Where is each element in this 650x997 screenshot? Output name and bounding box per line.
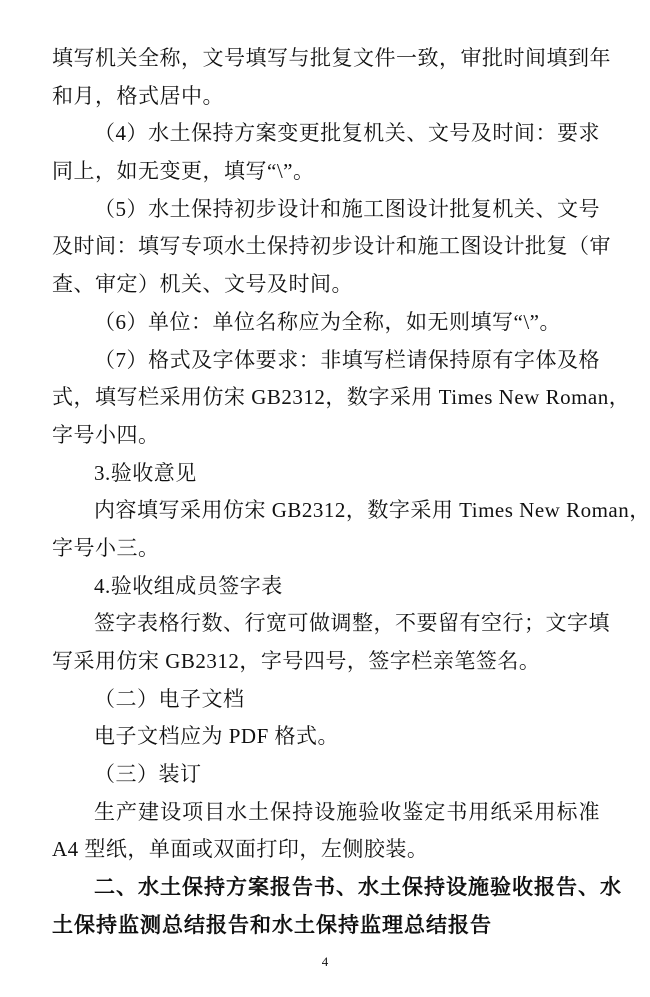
doc-section-heading: （三）装订 [52,756,600,794]
doc-line: 和月，格式居中。 [52,78,600,116]
doc-line: 同上，如无变更，填写“\”。 [52,153,600,191]
doc-line: 电子文档应为 PDF 格式。 [52,718,600,756]
doc-line: A4 型纸，单面或双面打印，左侧胶装。 [52,831,600,869]
doc-section-heading: 3.验收意见 [52,455,600,493]
doc-line: 填写机关全称，文号填写与批复文件一致，审批时间填到年 [52,40,600,78]
doc-line: 式，填写栏采用仿宋 GB2312，数字采用 Times New Roman， [52,379,600,417]
doc-line: 及时间：填写专项水土保持初步设计和施工图设计批复（审 [52,228,600,266]
doc-chapter-heading: 土保持监测总结报告和水土保持监理总结报告 [52,907,600,945]
doc-line: （7）格式及字体要求：非填写栏请保持原有字体及格 [52,342,600,380]
doc-line: 字号小四。 [52,417,600,455]
doc-line: （6）单位：单位名称应为全称，如无则填写“\”。 [52,304,600,342]
page-number: 4 [0,954,650,970]
doc-line: 字号小三。 [52,530,600,568]
doc-line: 写采用仿宋 GB2312，字号四号，签字栏亲笔签名。 [52,643,600,681]
doc-line: （4）水土保持方案变更批复机关、文号及时间：要求 [52,115,600,153]
doc-line: 内容填写采用仿宋 GB2312，数字采用 Times New Roman， [52,492,600,530]
doc-line: （5）水土保持初步设计和施工图设计批复机关、文号 [52,191,600,229]
document-page: 填写机关全称，文号填写与批复文件一致，审批时间填到年 和月，格式居中。 （4）水… [0,0,650,997]
document-text-block: 填写机关全称，文号填写与批复文件一致，审批时间填到年 和月，格式居中。 （4）水… [52,40,600,945]
doc-line: 生产建设项目水土保持设施验收鉴定书用纸采用标准 [52,794,600,832]
doc-line: 查、审定）机关、文号及时间。 [52,266,600,304]
doc-section-heading: 4.验收组成员签字表 [52,568,600,606]
doc-chapter-heading: 二、水土保持方案报告书、水土保持设施验收报告、水 [52,869,600,907]
doc-section-heading: （二）电子文档 [52,681,600,719]
doc-line: 签字表格行数、行宽可做调整，不要留有空行；文字填 [52,605,600,643]
